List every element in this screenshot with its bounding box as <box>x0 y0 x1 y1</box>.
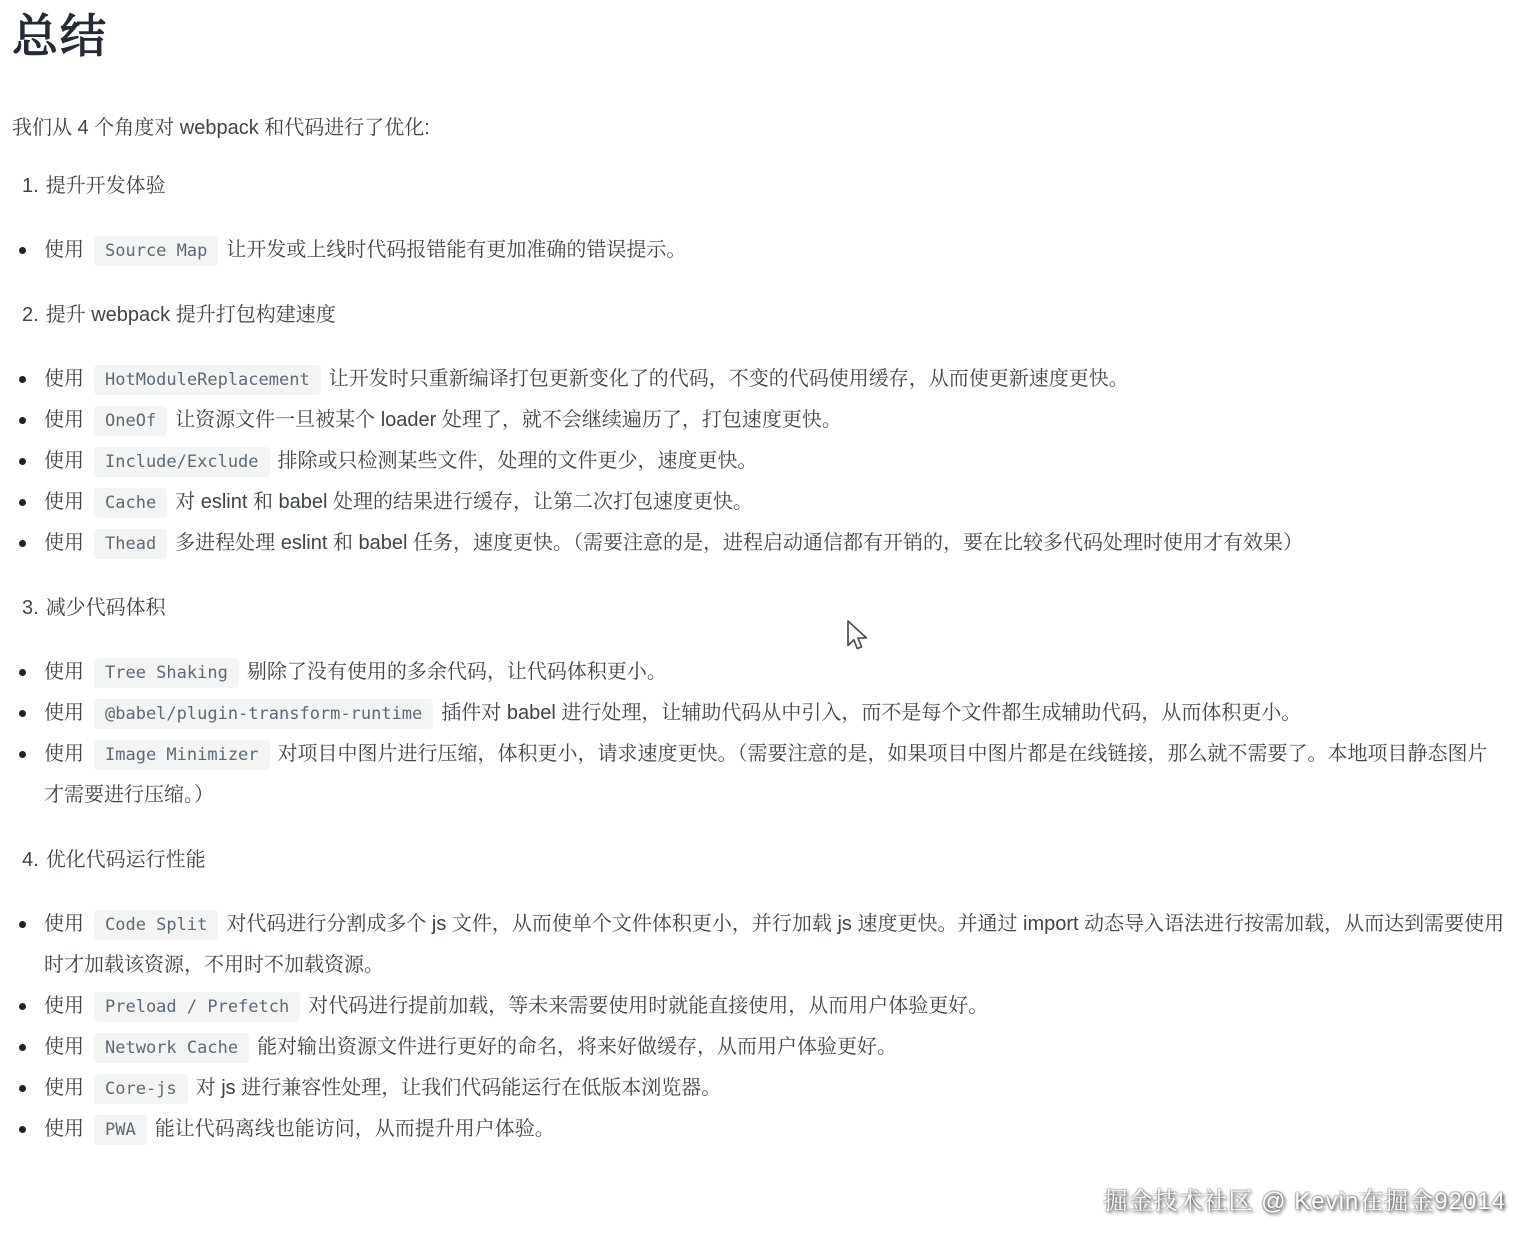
section-number: 3. <box>22 597 39 619</box>
bullet-prefix: 使用 <box>44 913 84 935</box>
list-item: 使用Source Map让开发或上线时代码报错能有更加准确的错误提示。 <box>12 230 1506 271</box>
bullet-text: 对 js 进行兼容性处理，让我们代码能运行在低版本浏览器。 <box>196 1077 722 1099</box>
inline-code: @babel/plugin-transform-runtime <box>94 699 433 729</box>
list-item: 使用PWA能让代码离线也能访问，从而提升用户体验。 <box>12 1109 1506 1150</box>
bullet-prefix: 使用 <box>44 1036 84 1058</box>
section-number: 2. <box>22 304 39 326</box>
inline-code: Tree Shaking <box>94 658 239 688</box>
inline-code: PWA <box>94 1115 147 1145</box>
list-item: 使用Include/Exclude排除或只检测某些文件，处理的文件更少，速度更快… <box>12 441 1506 482</box>
bullet-prefix: 使用 <box>44 532 84 554</box>
list-item: 使用@babel/plugin-transform-runtime插件对 bab… <box>12 693 1506 734</box>
list-item: 使用Preload / Prefetch对代码进行提前加载，等未来需要使用时就能… <box>12 986 1506 1027</box>
bullet-prefix: 使用 <box>44 702 84 724</box>
bullet-prefix: 使用 <box>44 661 84 683</box>
section-title: 提升开发体验 <box>46 175 166 197</box>
section-number: 4. <box>22 849 39 871</box>
inline-code: Image Minimizer <box>94 740 270 770</box>
inline-code: Network Cache <box>94 1033 249 1063</box>
section-number: 1. <box>22 175 39 197</box>
bullet-list-4: 使用Code Split对代码进行分割成多个 js 文件，从而使单个文件体积更小… <box>12 904 1506 1150</box>
bullet-text: 多进程处理 eslint 和 babel 任务，速度更快。（需要注意的是，进程启… <box>175 532 1303 554</box>
bullet-text: 对代码进行分割成多个 js 文件，从而使单个文件体积更小，并行加载 js 速度更… <box>44 913 1504 976</box>
bullet-prefix: 使用 <box>44 1077 84 1099</box>
bullet-text: 排除或只检测某些文件，处理的文件更少，速度更快。 <box>278 450 758 472</box>
list-item: 使用Thead多进程处理 eslint 和 babel 任务，速度更快。（需要注… <box>12 523 1506 564</box>
list-item: 使用Code Split对代码进行分割成多个 js 文件，从而使单个文件体积更小… <box>12 904 1506 986</box>
bullet-list-1: 使用Source Map让开发或上线时代码报错能有更加准确的错误提示。 <box>12 230 1506 271</box>
bullet-list-2: 使用HotModuleReplacement让开发时只重新编译打包更新变化了的代… <box>12 359 1506 564</box>
inline-code: HotModuleReplacement <box>94 365 321 395</box>
bullet-text: 对 eslint 和 babel 处理的结果进行缓存，让第二次打包速度更快。 <box>175 491 753 513</box>
bullet-text: 对代码进行提前加载，等未来需要使用时就能直接使用，从而用户体验更好。 <box>308 995 988 1017</box>
bullet-prefix: 使用 <box>44 239 84 261</box>
section-heading-3: 3.减少代码体积 <box>22 594 1506 622</box>
list-item: 使用Core-js对 js 进行兼容性处理，让我们代码能运行在低版本浏览器。 <box>12 1068 1506 1109</box>
inline-code: OneOf <box>94 406 167 436</box>
intro-paragraph: 我们从 4 个角度对 webpack 和代码进行了优化: <box>12 115 1506 142</box>
document-page: 总结 我们从 4 个角度对 webpack 和代码进行了优化: 1.提升开发体验… <box>0 0 1536 1150</box>
bullet-prefix: 使用 <box>44 450 84 472</box>
section-title: 减少代码体积 <box>46 597 166 619</box>
bullet-text: 让开发时只重新编译打包更新变化了的代码，不变的代码使用缓存，从而使更新速度更快。 <box>329 368 1129 390</box>
list-item: 使用Cache对 eslint 和 babel 处理的结果进行缓存，让第二次打包… <box>12 482 1506 523</box>
inline-code: Preload / Prefetch <box>94 992 300 1022</box>
bullet-text: 能对输出资源文件进行更好的命名，将来好做缓存，从而用户体验更好。 <box>257 1036 897 1058</box>
list-item: 使用Image Minimizer对项目中图片进行压缩，体积更小，请求速度更快。… <box>12 734 1506 816</box>
bullet-prefix: 使用 <box>44 995 84 1017</box>
watermark: 掘金技术社区 @ Kevin在掘金92014 <box>1104 1181 1506 1216</box>
bullet-prefix: 使用 <box>44 409 84 431</box>
bullet-text: 插件对 babel 进行处理，让辅助代码从中引入，而不是每个文件都生成辅助代码，… <box>441 702 1301 724</box>
section-heading-1: 1.提升开发体验 <box>22 172 1506 200</box>
section-heading-2: 2.提升 webpack 提升打包构建速度 <box>22 301 1506 329</box>
inline-code: Cache <box>94 488 167 518</box>
inline-code: Core-js <box>94 1074 188 1104</box>
bullet-prefix: 使用 <box>44 743 84 765</box>
bullet-text: 让开发或上线时代码报错能有更加准确的错误提示。 <box>226 239 686 261</box>
section-title: 提升 webpack 提升打包构建速度 <box>46 304 336 326</box>
inline-code: Source Map <box>94 236 218 266</box>
bullet-list-3: 使用Tree Shaking剔除了没有使用的多余代码，让代码体积更小。 使用@b… <box>12 652 1506 816</box>
section-heading-4: 4.优化代码运行性能 <box>22 846 1506 874</box>
page-title: 总结 <box>12 10 1506 63</box>
bullet-text: 让资源文件一旦被某个 loader 处理了，就不会继续遍历了，打包速度更快。 <box>175 409 842 431</box>
inline-code: Thead <box>94 529 167 559</box>
list-item: 使用HotModuleReplacement让开发时只重新编译打包更新变化了的代… <box>12 359 1506 400</box>
bullet-text: 能让代码离线也能访问，从而提升用户体验。 <box>155 1118 555 1140</box>
inline-code: Code Split <box>94 910 218 940</box>
section-title: 优化代码运行性能 <box>46 849 206 871</box>
list-item: 使用Network Cache能对输出资源文件进行更好的命名，将来好做缓存，从而… <box>12 1027 1506 1068</box>
bullet-prefix: 使用 <box>44 368 84 390</box>
list-item: 使用OneOf让资源文件一旦被某个 loader 处理了，就不会继续遍历了，打包… <box>12 400 1506 441</box>
list-item: 使用Tree Shaking剔除了没有使用的多余代码，让代码体积更小。 <box>12 652 1506 693</box>
inline-code: Include/Exclude <box>94 447 270 477</box>
bullet-prefix: 使用 <box>44 1118 84 1140</box>
bullet-text: 剔除了没有使用的多余代码，让代码体积更小。 <box>247 661 667 683</box>
bullet-prefix: 使用 <box>44 491 84 513</box>
